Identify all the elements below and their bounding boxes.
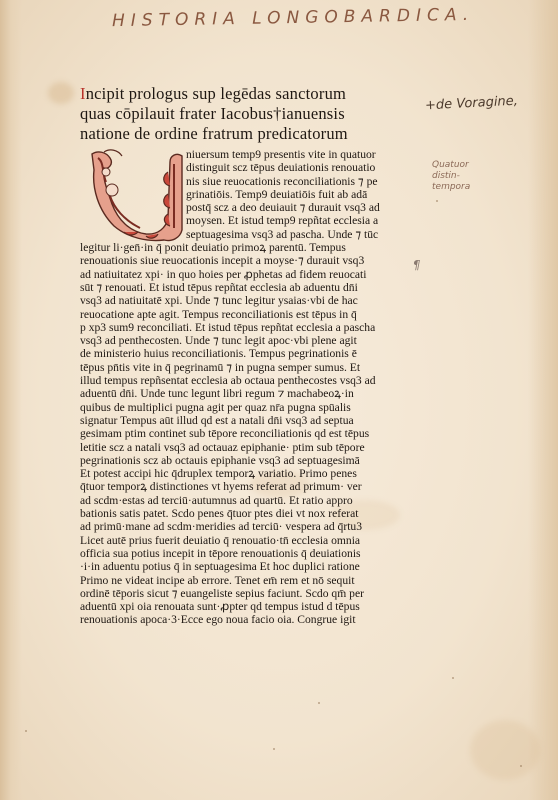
- text-line: pegrinationis scz ab octauis epiphanie v…: [80, 454, 418, 467]
- text-line: ad natiuitatez xpi· in quo hoies per ꝓph…: [80, 268, 418, 281]
- text-line: ·i·in aduentu potius q̄ in septuagesima …: [80, 560, 418, 573]
- text-line: q̄tuor temporꝝ distinctiones vt hyems re…: [80, 480, 418, 493]
- text-line: officia sua potius incepit in tēpore ren…: [80, 547, 418, 560]
- text-line: p xp3 sum9 reconciliati. Et istud tēpus …: [80, 321, 418, 334]
- text-line: signatur Tempus aūt illud qd est a natal…: [80, 414, 418, 427]
- text-line: letitie scz a natali vsq3 ad octauaz epi…: [80, 441, 418, 454]
- text-line: ad primū·mane ad scdm·meridies ad terciū…: [80, 520, 418, 533]
- text-line: vsq3 ad natiuitatē xpi. Unde ⁊ tunc legi…: [80, 294, 418, 307]
- speck: [25, 730, 27, 732]
- page-edge-right: [528, 0, 558, 800]
- speck: [452, 677, 454, 679]
- foxing-stain: [48, 82, 74, 104]
- speck: [520, 765, 522, 767]
- speck: [436, 200, 438, 202]
- heading-line: natione de ordine fratrum predicatorum: [80, 124, 420, 144]
- text-line: renouationis siue reuocationis incepit a…: [80, 254, 418, 267]
- text-line: illud tempus repñsentat ecclesia ab octa…: [80, 374, 418, 387]
- text-line: quibus de multiplici pugna agit per quaz…: [80, 401, 418, 414]
- text-line: ordinē tēporis sicut ⁊ euangeliste sepiu…: [80, 587, 418, 600]
- text-line: grinatiōis. Temp9 deuiatiōis fuit ab adā: [80, 188, 418, 201]
- margin-annotation-note: Quatuor distin- tempora: [432, 160, 492, 193]
- incipit-heading: Incipit prologus sup legēdas sanctorum q…: [80, 84, 420, 144]
- text-line: moysen. Et istud temp9 repñtat ecclesia …: [80, 214, 418, 227]
- text-line: niuersum temp9 presentis vite in quatuor: [80, 148, 418, 161]
- text-line: septuagesima vsq3 ad pascha. Unde ⁊ tūc: [80, 228, 418, 241]
- text-line: Primo ne videat incipe ab errore. Tenet …: [80, 574, 418, 587]
- speck: [318, 702, 320, 704]
- text-line: ad scdm·estas ad terciū·autumnus ad quar…: [80, 494, 418, 507]
- text-line: postq̄ scz a deo deuiauit ⁊ durauit vsq3…: [80, 201, 418, 214]
- text-line: tēpus pn̄tis vite in q̄ pegrinamū ⁊ in p…: [80, 361, 418, 374]
- text-line: gesimam ptim continet sub tēpore reconci…: [80, 427, 418, 440]
- foxing-stain: [470, 720, 540, 780]
- margin-annotation-author: +de Voragine,: [425, 94, 519, 114]
- text-line: Et potest accipi hic q̄druplex temporꝝ v…: [80, 467, 418, 480]
- text-line: aduentū dn̄i. Unde tunc legunt libri reg…: [80, 387, 418, 400]
- heading-line: Incipit prologus sup legēdas sanctorum: [80, 84, 420, 104]
- heading-line: quas cōpilauit frater Iacobus†ianuensis: [80, 104, 420, 124]
- text-line: de ministerio huius reconciliationis. Te…: [80, 347, 418, 360]
- body-text: niuersum temp9 presentis vite in quatuor…: [80, 148, 418, 627]
- handwritten-title-annotation: HISTORIA LONGOBARDICA.: [112, 5, 475, 31]
- text-line: vsq3 ad penthecosten. Unde ⁊ tunc legit …: [80, 334, 418, 347]
- text-line: distinguit scz tēpus deuiationis renouat…: [80, 161, 418, 174]
- text-line: legitur li·gen̄·in q̄ ponit deuiatio pri…: [80, 241, 418, 254]
- speck: [273, 748, 275, 750]
- text-line: reuocatione apte agit. Tempus reconcilia…: [80, 308, 418, 321]
- text-line: renouationis apoca·3·Ecce ego noua facio…: [80, 613, 418, 626]
- text-line: sūt ⁊ renouati. Et istud tēpus repñtat e…: [80, 281, 418, 294]
- text-line: Licet autē prius fuerit deuiatio q̄ reno…: [80, 534, 418, 547]
- heading-line-text: ncipit prologus sup legēdas sanctorum: [86, 84, 346, 103]
- text-line: bationis satis patet. Scdo penes q̄tuor …: [80, 507, 418, 520]
- text-line: aduentū xpi oia renouata sunt·ꝓpter qd t…: [80, 600, 418, 613]
- page-edge-left: [0, 0, 22, 800]
- manuscript-page: HISTORIA LONGOBARDICA. +de Voragine, Qua…: [0, 0, 558, 800]
- text-line: nis siue reuocationis reconciliationis ⁊…: [80, 175, 418, 188]
